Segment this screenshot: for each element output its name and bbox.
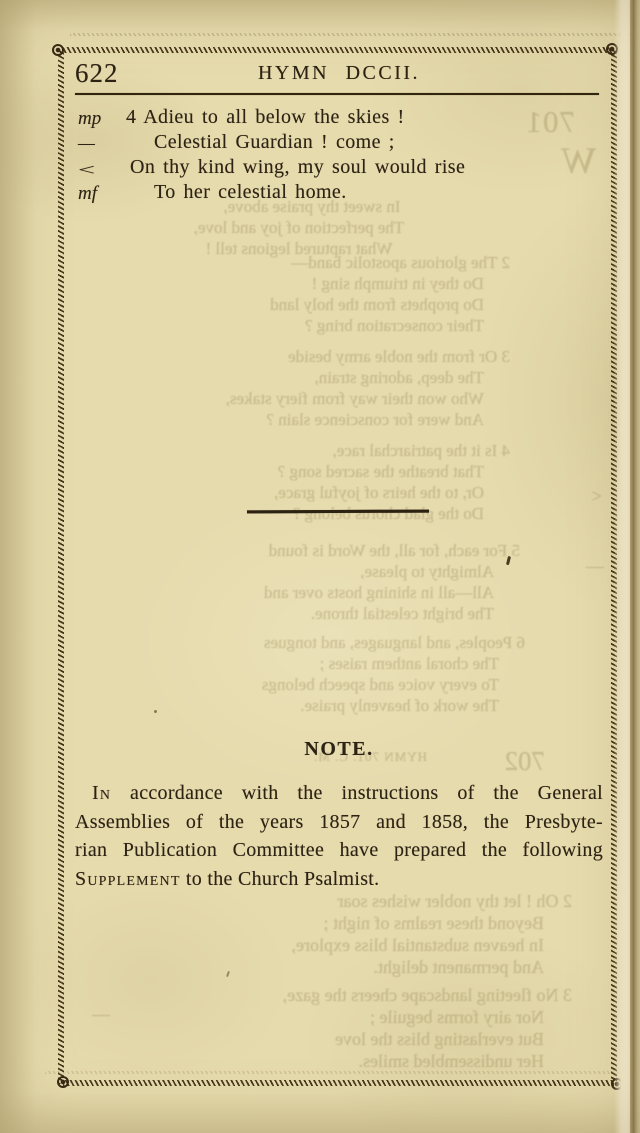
dynamic-mark-mp: mp [78, 106, 101, 131]
decorative-border-bottom [63, 1080, 614, 1086]
note-paragraph: In accordance with the instructions of t… [75, 779, 603, 893]
verse-row: mf To her celestial home. [78, 180, 608, 205]
decorative-border-left [58, 50, 64, 1084]
bleedthrough-stanza: 3 Or from the noble army beside The deep… [104, 346, 510, 430]
bleedthrough-stanza: In sweet thy praise above, The perfectio… [134, 196, 490, 259]
scanned-hymnal-page: 701 W In sweet thy praise above, The per… [0, 0, 640, 1133]
header-rule [75, 93, 599, 95]
note-line: Supplement to the Church Psalmist. [75, 865, 603, 894]
stanza-number: 4 [126, 106, 136, 128]
decorative-border-right [611, 49, 617, 1083]
verse-line: On thy kind wing, my soul would rise [130, 155, 608, 180]
bleedthrough-stanza: 5 For each, for all, the Word is found A… [114, 540, 520, 624]
note-line: rian Publication Committee have prepared… [75, 836, 603, 865]
verse-line: To her celestial home. [154, 180, 608, 205]
bleedthrough-stanza: 6 Peoples, and languages, and tongues Th… [119, 632, 525, 716]
bleedthrough-border-line [45, 1071, 640, 1074]
verse-line: 4 Adieu to all below the skies ! [126, 105, 608, 130]
verse-row: mp 4 Adieu to all below the skies ! [78, 105, 608, 130]
corner-ornament-bottom-right [611, 1078, 623, 1090]
corner-ornament-bottom-left [57, 1076, 69, 1088]
hymn-stanza: mp 4 Adieu to all below the skies ! — Ce… [78, 105, 608, 205]
dynamic-mark-mf: mf [78, 181, 97, 206]
corner-ornament-top-right [606, 43, 618, 55]
bleedthrough-border-line [70, 33, 640, 36]
note-line: Assemblies of the years 1857 and 1858, t… [75, 808, 603, 837]
bleedthrough-dynamic-mark: — [92, 1004, 110, 1025]
hymn-title: HYMN DCCII. [75, 62, 603, 85]
note-heading: NOTE. [75, 738, 603, 761]
note-line: In accordance with the instructions of t… [75, 779, 603, 808]
bleedthrough-dynamic-mark: < [592, 486, 602, 507]
corner-ornament-top-left [52, 44, 64, 56]
verse-line: Celestial Guardian ! come ; [154, 130, 608, 155]
bleedthrough-stanza: 2 Oh ! let thy nobler wishes soar Beyond… [64, 890, 572, 978]
decorative-border-top [60, 47, 612, 53]
bleedthrough-stanza: 3 No fleeting landscape cheers the gaze,… [64, 984, 572, 1072]
ink-speck [154, 710, 157, 713]
dynamic-mark-decrescendo: — [78, 131, 95, 156]
verse-row: — Celestial Guardian ! come ; [78, 130, 608, 155]
bleedthrough-stanza: 2 The glorious apostolic band— Do they i… [104, 252, 510, 336]
bleedthrough-dynamic-mark: — [586, 556, 604, 577]
verse-row: < On thy kind wing, my soul would rise [78, 155, 608, 180]
